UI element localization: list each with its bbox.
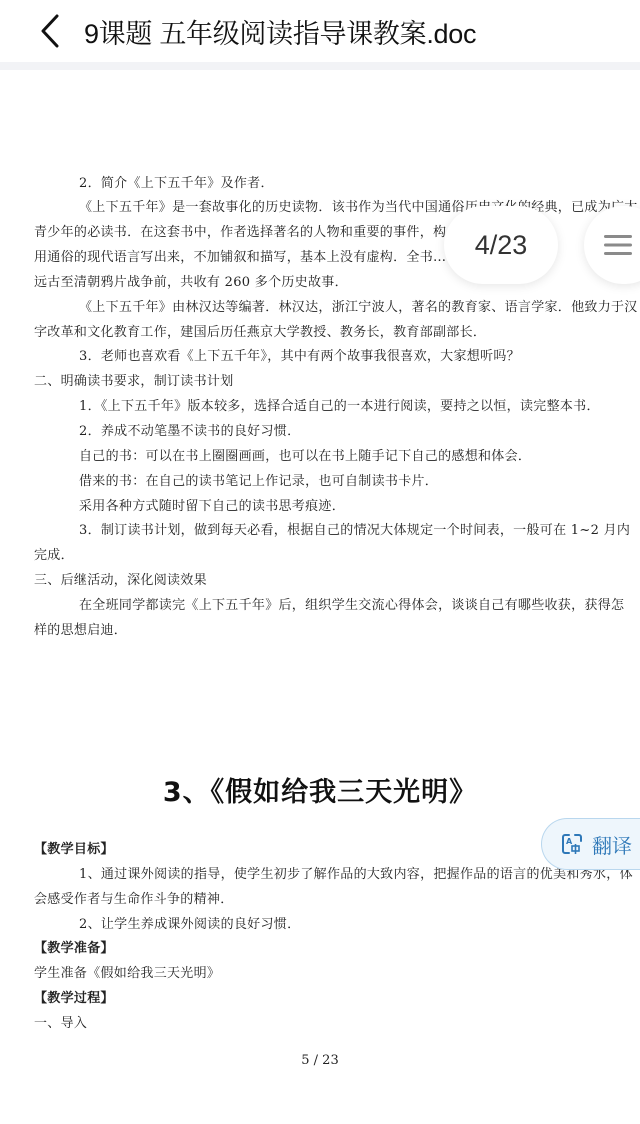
doc-line: 青少年的必读书．在这套书中，作者选择著名的人物和重要的事件，构……组织和 — [34, 221, 513, 240]
page-indicator[interactable]: 4/23 — [444, 206, 558, 284]
doc-line: 学生准备《假如给我三天光明》 — [34, 962, 220, 981]
translate-icon: A — [560, 832, 584, 856]
translate-button[interactable]: A 翻译 — [541, 818, 640, 870]
doc-line: 2．养成不动笔墨不读书的良好习惯． — [79, 420, 300, 439]
doc-line: 在全班同学都读完《上下五千年》后，组织学生交流心得体会，谈谈自己有哪些收获，获得… — [79, 594, 624, 613]
doc-line: 二、明确读书要求，制订读书计划 — [34, 370, 234, 389]
back-button[interactable] — [22, 0, 78, 62]
doc-line: 2、让学生养成课外阅读的良好习惯． — [79, 913, 300, 932]
doc-line: 字改革和文化教育工作，建国后历任燕京大学教授、教务长，教育部副部长． — [34, 321, 486, 340]
page-footer: 5 / 23 — [0, 1053, 640, 1068]
doc-line: 会感受作者与生命作斗争的精神． — [34, 888, 234, 907]
section-heading: 【教学过程】 — [34, 987, 114, 1006]
header-divider — [0, 62, 640, 70]
doc-line: 采用各种方式随时留下自己的读书思考痕迹． — [79, 495, 345, 514]
doc-line: 用通俗的现代语言写出来，不加铺叙和描写，基本上没有虚构．全书……及的 — [34, 246, 486, 265]
doc-line: 自己的书：可以在书上圈圈画画，也可以在书上随手记下自己的感想和体会． — [79, 445, 531, 464]
doc-line: 《上下五千年》由林汉达等编著．林汉达，浙江宁波人，著名的教育家、语言学家．他致力… — [79, 296, 638, 315]
doc-line: 样的思想启迪． — [34, 619, 127, 638]
doc-line: 3．制订读书计划，做到每天必看，根据自己的情况大体规定一个时间表，一般可在 1~… — [79, 519, 630, 538]
top-bar: 9课题 五年级阅读指导课教案.doc — [0, 0, 640, 62]
section-heading: 【教学目标】 — [34, 838, 114, 857]
doc-line: 1、通过课外阅读的指导，使学生初步了解作品的大致内容，把握作品的语言的优美和秀水… — [79, 863, 633, 882]
doc-line: 一、导入 — [34, 1012, 87, 1031]
doc-line: 完成． — [34, 544, 74, 563]
doc-line: 《上下五千年》是一套故事化的历史读物．该书作为当代中国通俗历史文化的经典，已成为… — [79, 196, 638, 215]
translate-label: 翻译 — [592, 830, 632, 859]
doc-line: 三、后继活动，深化阅读效果 — [34, 569, 207, 588]
doc-line: 2．简介《上下五千年》及作者． — [79, 172, 274, 191]
section-title: 3、《假如给我三天光明》 — [0, 770, 640, 809]
svg-text:A: A — [566, 837, 573, 846]
doc-line: 1．《上下五千年》版本较多，选择合适自己的一本进行阅读，要持之以恒，读完整本书． — [79, 395, 600, 414]
doc-line: 远古至清朝鸦片战争前，共收有 260 多个历史故事． — [34, 271, 348, 290]
document-title: 9课题 五年级阅读指导课教案.doc — [84, 12, 476, 51]
doc-line: 借来的书：在自己的读书笔记上作记录，也可自制读书卡片． — [79, 470, 438, 489]
section-heading: 【教学准备】 — [34, 937, 114, 956]
doc-line: 3．老师也喜欢看《上下五千年》，其中有两个故事我很喜欢，大家想听吗？ — [79, 345, 520, 364]
hamburger-menu-icon — [604, 233, 632, 257]
chevron-left-icon — [39, 14, 61, 48]
